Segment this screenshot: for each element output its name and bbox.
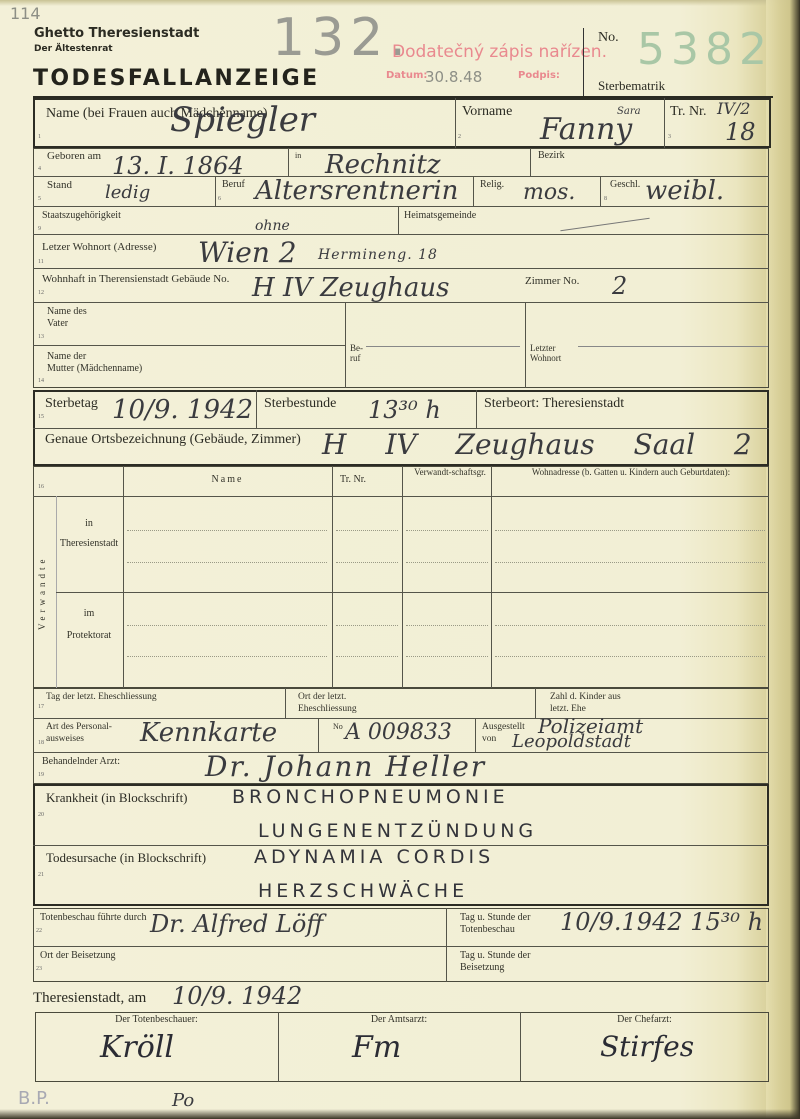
col-header-tr-nr: Tr. Nr. (340, 474, 366, 486)
wohnort-value[interactable]: Wien 2 (198, 236, 297, 269)
group-theresienstadt-label: in Theresienstadt (58, 514, 120, 554)
header-divider (583, 28, 584, 96)
col-header-name: Name (123, 474, 332, 486)
pencil-corner-number: 114 (10, 4, 41, 23)
sig-official-physician-label: Der Amtsarzt: (278, 1014, 520, 1026)
org-council: Der Ältestenrat (34, 44, 113, 54)
vorname-value[interactable]: Fanny (540, 112, 632, 147)
beruf2-label-2: ruf (350, 352, 361, 364)
sig-examiner-label: Der Totenbeschauer: (35, 1014, 278, 1026)
sterbetag-label: Sterbetag (45, 396, 98, 412)
row-rule (33, 946, 769, 947)
beruf2-rule (366, 346, 520, 347)
illness-line-1[interactable]: BRONCHOPNEUMONIE (232, 786, 509, 808)
beruf-label: Beruf (222, 179, 245, 191)
relig-value[interactable]: mos. (523, 180, 575, 205)
field-number: 9 (38, 226, 41, 232)
geschl-value[interactable]: weibl. (645, 176, 724, 206)
tr-nr-label: Tr. Nr. (670, 104, 706, 120)
field-number: 2 (458, 134, 461, 140)
sterbestunde-value[interactable]: 13³⁰ h (368, 396, 441, 424)
paper-edge-bottom (0, 1109, 800, 1119)
paper-edge-right (766, 0, 800, 1119)
cause-of-death-line-1[interactable]: ADYNAMIA CORDIS (254, 846, 494, 868)
ortsbez-value[interactable]: H IV Zeughaus Saal 2 (322, 428, 752, 461)
cause-of-death-line-2[interactable]: HERZSCHWÄCHE (258, 880, 468, 902)
cause-of-death-label: Todesursache (in Blockschrift) (46, 850, 206, 866)
mutter-label-2: Mutter (Mädchenname) (47, 363, 142, 375)
physician-label: Behandelnder Arzt: (42, 756, 120, 768)
pencil-bottom-mid: Po (172, 1090, 194, 1111)
field-number: 8 (604, 196, 607, 202)
divider (475, 718, 476, 752)
relative-row-line[interactable] (336, 562, 398, 563)
sterbeort-label: Sterbeort: Theresienstadt (484, 396, 624, 412)
no-label: No. (598, 30, 619, 46)
inspection-time-value[interactable]: 10/9.1942 15³⁰ h (560, 908, 763, 936)
relative-row-line[interactable] (406, 656, 488, 657)
no-value: 5382 (637, 24, 773, 75)
relative-row-line[interactable] (336, 625, 398, 626)
field-number: 6 (218, 196, 221, 202)
relative-row-line[interactable] (127, 656, 327, 657)
col-header-wohnadresse: Wohnadresse (b. Gatten u. Kindern auch G… (500, 467, 762, 478)
field-number: 19 (38, 772, 44, 778)
vorname-extra[interactable]: Sara (617, 106, 641, 117)
staat-label: Staatszugehörigkeit (42, 210, 121, 222)
field-number: 23 (36, 966, 42, 972)
heimat-label: Heimatsgemeinde (404, 210, 476, 222)
field-number: 12 (38, 290, 44, 296)
zimmer-label: Zimmer No. (525, 275, 579, 287)
pencil-bottom-left: B.P. (18, 1088, 50, 1109)
inspection-time-label: Tag u. Stunde der Totenbeschau (460, 912, 560, 936)
issued-by-value-2[interactable]: Leopoldstadt (512, 731, 631, 752)
stamp-podpis-label: Podpis: (518, 70, 560, 81)
wohnort-label: Letzer Wohnort (Adresse) (42, 241, 156, 253)
divider (446, 908, 447, 982)
id-type-label: Art des Personal-ausweises (46, 721, 146, 745)
marriage-children-label: Zahl d. Kinder aus letzt. Ehe (550, 691, 640, 715)
relative-row-line[interactable] (336, 656, 398, 657)
physician-value[interactable]: Dr. Johann Heller (205, 750, 486, 783)
sterbetag-value[interactable]: 10/9. 1942 (112, 395, 253, 425)
zimmer-value[interactable]: 2 (612, 272, 627, 300)
illness-line-2[interactable]: LUNGENENTZÜNDUNG (258, 820, 537, 842)
vorname-label: Vorname (462, 104, 512, 120)
divider (398, 206, 399, 234)
org-name: Ghetto Theresienstadt (34, 26, 199, 41)
id-no-label: No (333, 721, 343, 733)
relative-row-line[interactable] (127, 530, 327, 531)
mutter-label-1: Name der (47, 351, 86, 363)
stamp-supplementary-entry: Dodatečný zápis nařízen. (392, 42, 607, 62)
sterbestunde-label: Sterbestunde (264, 396, 336, 412)
relative-row-line[interactable] (127, 625, 327, 626)
divider (285, 688, 286, 718)
marriage-date-label: Tag der letzt. Eheschliessung (46, 691, 166, 703)
inspection-by-label: Totenbeschau führte durch (40, 912, 150, 924)
divider (345, 302, 346, 388)
divider (288, 148, 289, 176)
tr-nr-value-bottom[interactable]: 18 (725, 118, 756, 146)
divider (318, 718, 319, 752)
letzter-wohnort-rule (578, 346, 768, 347)
field-number: 22 (36, 928, 42, 934)
wohnhaft-value[interactable]: H IV Zeughaus (252, 273, 449, 303)
divider (455, 98, 456, 148)
relatives-table (33, 466, 769, 688)
divider (535, 688, 536, 718)
sig-chief-physician[interactable]: Stirfes (600, 1030, 694, 1063)
relative-row-line[interactable] (406, 562, 488, 563)
col-header-verwandtschaft: Verwandt-schaftsgr. (410, 467, 490, 478)
stand-label: Stand (47, 179, 72, 191)
divider (473, 176, 474, 206)
relative-row-line[interactable] (495, 562, 765, 563)
row-rule (33, 268, 769, 269)
field-number: 17 (38, 704, 44, 710)
field-number: 1 (38, 134, 41, 140)
group-rule (56, 592, 769, 593)
col-divider (402, 466, 403, 688)
field-number: 15 (38, 414, 44, 420)
col-divider (332, 466, 333, 688)
place-date-value[interactable]: 10/9. 1942 (172, 982, 302, 1010)
divider (600, 176, 601, 206)
relative-row-line[interactable] (495, 625, 765, 626)
geschl-label: Geschl. (610, 179, 640, 191)
id-no-value[interactable]: A 009833 (345, 720, 452, 745)
vater-label-2: Vater (47, 318, 68, 330)
illness-label: Krankheit (in Blockschrift) (46, 790, 188, 806)
group-protektorat-label-1: im (58, 608, 120, 620)
divider (530, 148, 531, 176)
sig-examiner[interactable]: Kröll (100, 1030, 174, 1065)
stamp-datum-value: 30.8.48 (425, 68, 482, 86)
stamp-datum-label: Datum: (386, 70, 427, 81)
relative-row-line[interactable] (495, 530, 765, 531)
row-rule (33, 206, 769, 207)
divider (256, 390, 257, 428)
wohnort-street[interactable]: Hermineng. 18 (318, 247, 438, 263)
geboren-label: Geboren am (47, 150, 101, 162)
group-protektorat-label-2: Protektorat (58, 630, 120, 642)
relative-row-line[interactable] (127, 562, 327, 563)
vater-label-1: Name des (47, 306, 87, 318)
sterbematrik-label: Sterbematrik (598, 78, 665, 94)
row-rule (33, 345, 345, 346)
sig-official-physician[interactable]: Fm (352, 1030, 401, 1065)
paper-edge-top (0, 0, 800, 6)
field-number: 4 (38, 166, 41, 172)
letzter-wohnort-label-2: Wohnort (530, 352, 561, 364)
sig-chief-physician-label: Der Chefarzt: (520, 1014, 769, 1026)
verwandte-side-label: Verwandte (36, 556, 48, 630)
field-number: 5 (38, 196, 41, 202)
name-value[interactable]: Spiegler (170, 100, 315, 140)
relative-row-line[interactable] (336, 530, 398, 531)
form-title: TODESFALLANZEIGE (33, 66, 320, 91)
tr-nr-value-top[interactable]: IV/2 (717, 99, 750, 118)
in-label: in (295, 150, 301, 162)
relig-label: Relig. (480, 179, 504, 191)
field-number: 14 (38, 378, 44, 384)
field-number: 13 (38, 334, 44, 340)
ortsbez-label: Genaue Ortsbezeichnung (Gebäude, Zimmer) (45, 432, 301, 448)
field-number: 18 (38, 740, 44, 746)
relative-row-line[interactable] (406, 625, 488, 626)
beruf-value[interactable]: Altersrentnerin (255, 176, 458, 206)
field-number: 3 (668, 134, 671, 140)
divider (476, 390, 477, 428)
field-number: 16 (38, 484, 44, 490)
relative-row-line[interactable] (495, 656, 765, 657)
divider (664, 98, 665, 148)
field-number: 20 (38, 812, 44, 818)
header-rule (33, 496, 769, 497)
marriage-place-label: Ort der letzt. Eheschliessung (298, 691, 388, 715)
divider (525, 302, 526, 388)
relative-row-line[interactable] (406, 530, 488, 531)
burial-place-label: Ort der Beisetzung (40, 950, 130, 962)
col-divider (123, 466, 124, 688)
field-number: 11 (38, 259, 44, 265)
wohnhaft-label: Wohnhaft in Therensienstadt Gebäude No. (42, 273, 229, 285)
pencil-register-number: 132. (272, 8, 412, 68)
inspection-by-value[interactable]: Dr. Alfred Löff (150, 910, 323, 938)
field-number: 21 (38, 872, 44, 878)
row-rule (33, 302, 769, 303)
row-rule (33, 234, 769, 235)
place-date-label: Theresienstadt, am (33, 990, 146, 1007)
staat-value[interactable]: ohne (255, 218, 290, 234)
bezirk-label: Bezirk (538, 150, 565, 162)
divider (215, 176, 216, 206)
burial-time-label: Tag u. Stunde der Beisetzung (460, 950, 550, 974)
stand-value[interactable]: ledig (105, 182, 150, 203)
col-divider (491, 466, 492, 688)
id-type-value[interactable]: Kennkarte (140, 718, 277, 748)
